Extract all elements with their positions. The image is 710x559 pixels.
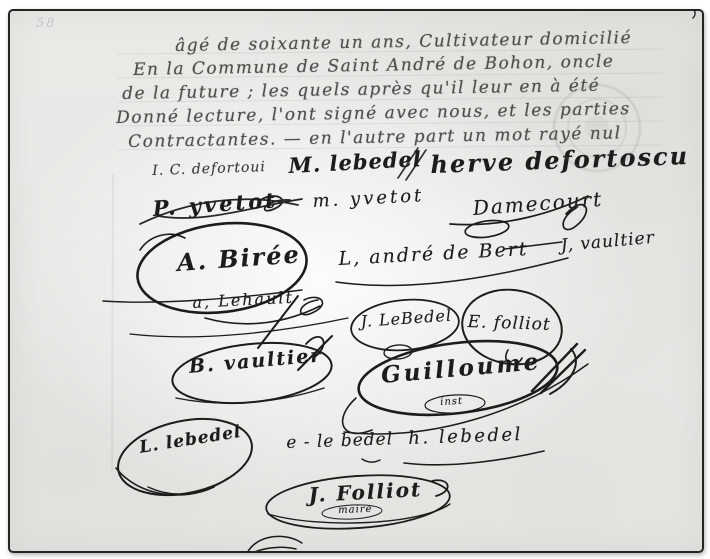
signature-oval-j-folliot	[264, 470, 451, 535]
flourish-p-yvetot	[140, 196, 302, 224]
flourish-e-lebedel	[362, 459, 380, 462]
signature-oval-b-vaultier	[169, 336, 334, 410]
signature-oval-e-folliot	[457, 283, 566, 370]
signature-oval-l-lebedel	[111, 408, 259, 507]
bottom-curl-flourish	[246, 536, 302, 553]
faint-rule-line	[118, 73, 662, 78]
underline-h-lebedel	[404, 451, 544, 465]
signature-oval-j-lebedel	[349, 295, 461, 360]
page-background: 58 âgé de soixante un ans, Cultivateur d…	[0, 0, 710, 559]
faint-rule-line	[118, 145, 662, 150]
flourish-de-bert	[336, 242, 568, 285]
faint-rule-line	[118, 49, 662, 54]
document-scan: 58 âgé de soixante un ans, Cultivateur d…	[8, 9, 704, 553]
ink-flourishes-layer	[8, 9, 704, 553]
flourish-m-lebedel	[398, 148, 426, 180]
flourish-damecourt	[450, 196, 588, 240]
signature-oval-guilloume	[343, 331, 588, 434]
fold-line	[112, 175, 113, 470]
ink-speck	[693, 10, 695, 18]
faint-rule-line	[118, 121, 662, 126]
signature-oval-a-biree	[103, 214, 312, 322]
faint-rule-line	[118, 97, 662, 102]
